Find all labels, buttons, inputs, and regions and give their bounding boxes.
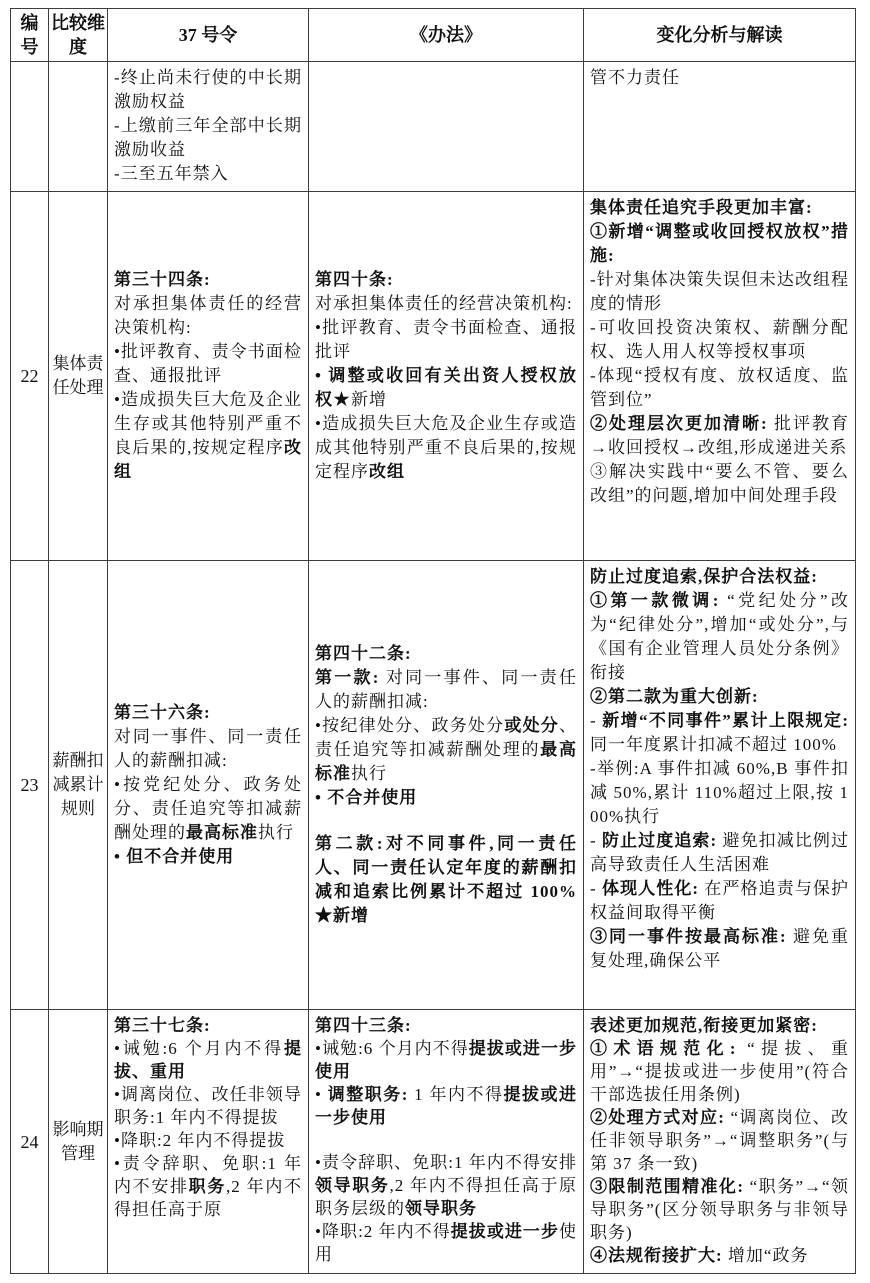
paragraph: -举例:A 事件扣减 60%,B 事件扣减 50%,累计 110%超过上限,按 … — [590, 757, 849, 829]
text-run: 防止过度追索: — [602, 831, 717, 850]
text-run: -举例:A 事件扣减 60%,B 事件扣减 50%,累计 110%超过上限,按 … — [590, 759, 849, 826]
cell-24-measures: 第四十三条:•诫勉:6 个月内不得提拔或进一步使用• 调整职务: 1 年内不得提… — [315, 1014, 577, 1264]
text-run: -针对集体决策失误但未达改组程度的情形 — [590, 270, 849, 313]
paragraph: 集体责任追究手段更加丰富: — [590, 196, 849, 220]
table-row-23: 23 薪酬扣减累计规则 第三十六条:对同一事件、同一责任人的薪酬扣减:•按党纪处… — [11, 561, 856, 1010]
text-run: •诫勉:6 个月内不得 — [114, 1039, 284, 1058]
paragraph: •责令辞职、免职:1 年内不安排职务,2 年内不得担任高于原 — [114, 1152, 302, 1221]
paragraph: •责令辞职、免职:1 年内不得安排领导职务,2 年内不得担任高于原职务层级的领导… — [315, 1151, 577, 1220]
header-cell-analysis: 变化分析与解读 — [584, 9, 856, 62]
text-run: 职务 — [189, 1177, 226, 1196]
text-run: 第四十三条: — [315, 1016, 412, 1035]
text-run: • 但不合并使用 — [114, 847, 234, 866]
text-run: - — [590, 831, 602, 850]
text-run: 领导职务 — [405, 1199, 477, 1218]
paragraph: ①术语规范化: “提拔、重用”→“提拔或进一步使用”(符合干部选拔任用条例) — [590, 1037, 849, 1106]
text-run: ①新增“调整或收回授权放权”措施: — [590, 222, 849, 265]
paragraph: •按纪律处分、政务处分或处分、责任追究等扣减薪酬处理的最高标准执行 — [315, 714, 577, 786]
text-run: ②第二款为重大创新: — [590, 687, 759, 706]
header-cell-dimension: 比较维度 — [49, 9, 108, 62]
paragraph: ③解决实践中“要么不管、要么改组”的问题,增加中间处理手段 — [590, 460, 849, 508]
paragraph — [315, 810, 577, 832]
paragraph: •诫勉:6 个月内不得提拔或进一步使用 — [315, 1037, 577, 1083]
text-run: 新增“不同事件”累计上限规定: — [602, 711, 849, 730]
cell-22-dimension: 集体责任处理 — [49, 192, 108, 561]
text-run: 对同一事件、同一责任人的薪酬扣减: — [114, 727, 302, 770]
paragraph: • 不合并使用 — [315, 786, 577, 810]
text-run: - — [590, 879, 602, 898]
text-run: ③解决实践中“要么不管、要么改组”的问题,增加中间处理手段 — [590, 462, 849, 505]
document-sheet: 编号 比较维度 37 号令 《办法》 变化分析与解读 -终止尚未行使的中长期激励… — [10, 8, 856, 1274]
text-run: •造成损失巨大危及企业生存或其他特别严重不良后果的,按规定程序 — [114, 390, 302, 457]
paragraph: •造成损失巨大危及企业生存或造成其他特别严重不良后果的,按规定程序改组 — [315, 412, 577, 484]
text-run: 对承担集体责任的经营决策机构: — [315, 294, 573, 313]
text-run: 对承担集体责任的经营决策机构: — [114, 294, 302, 337]
paragraph: ④法规衔接扩大: 增加“政务 — [590, 1244, 849, 1264]
text-run: 调整职务: — [328, 1085, 409, 1104]
text-run: 同一年度累计扣减不超过 100% — [590, 735, 837, 754]
text-run: 防止过度追索,保护合法权益: — [590, 567, 818, 586]
text-run: ③限制范围精准化: — [590, 1177, 744, 1196]
text-run: 提拔或进一步 — [451, 1222, 559, 1241]
paragraph: 对承担集体责任的经营决策机构: — [315, 292, 577, 316]
text-run: 集体责任追究手段更加丰富: — [590, 198, 813, 217]
text-run: ★新增 — [333, 390, 387, 409]
text-run: •批评教育、责令书面检查、通报批评 — [114, 342, 302, 385]
paragraph: 对同一事件、同一责任人的薪酬扣减: — [114, 725, 302, 773]
header-row: 编号 比较维度 37 号令 《办法》 变化分析与解读 — [11, 9, 856, 62]
paragraph: • 但不合并使用 — [114, 845, 302, 869]
paragraph: -可收回投资决策权、薪酬分配权、选人用人权等授权事项 — [590, 316, 849, 364]
paragraph: 第四十三条: — [315, 1014, 577, 1037]
text-run: 第四十二条: — [315, 644, 412, 663]
text-run: ②处理方式对应: — [590, 1108, 725, 1127]
cell-24-dimension: 影响期管理 — [49, 1010, 108, 1274]
paragraph: -三至五年禁入 — [114, 162, 302, 186]
text-run: -终止尚未行使的中长期激励权益 — [114, 68, 302, 111]
text-run: -上缴前三年全部中长期激励收益 — [114, 116, 302, 159]
paragraph: •诫勉:6 个月内不得提拔、重用 — [114, 1037, 302, 1083]
cell-22-number: 22 — [11, 192, 49, 561]
paragraph: ③限制范围精准化: “职务”→“领导职务”(区分领导职务与非领导职务) — [590, 1175, 849, 1244]
cell-24-analysis: 表述更加规范,衔接更加紧密:①术语规范化: “提拔、重用”→“提拔或进一步使用”… — [590, 1014, 849, 1264]
paragraph: •批评教育、责令书面检查、通报批评 — [315, 316, 577, 364]
text-run: ①第一款微调: — [590, 591, 719, 610]
paragraph: ②第二款为重大创新: — [590, 685, 849, 709]
paragraph: • 调整或收回有关出资人授权放权★新增 — [315, 364, 577, 412]
text-run: •按纪律处分、政务处分 — [315, 716, 504, 735]
text-run: 执行 — [258, 823, 294, 842]
text-run: • — [315, 366, 328, 385]
text-run: •责令辞职、免职:1 年内不得安排 — [315, 1153, 577, 1172]
paragraph: 第一款: 对同一事件、同一责任人的薪酬扣减: — [315, 666, 577, 714]
cell-22-measures: 第四十条:对承担集体责任的经营决策机构:•批评教育、责令书面检查、通报批评• 调… — [309, 192, 584, 561]
paragraph: 表述更加规范,衔接更加紧密: — [590, 1014, 849, 1037]
cell-23-number: 23 — [11, 561, 49, 1010]
text-run: •诫勉:6 个月内不得 — [315, 1039, 469, 1058]
text-run: • — [315, 1085, 328, 1104]
paragraph: 第三十六条: — [114, 701, 302, 725]
cell-24-number: 24 — [11, 1010, 49, 1274]
paragraph: ①新增“调整或收回授权放权”措施: — [590, 220, 849, 268]
text-run: • 不合并使用 — [315, 788, 417, 807]
text-run: 第三十六条: — [114, 703, 211, 722]
cell-cont-order37: -终止尚未行使的中长期激励权益-上缴前三年全部中长期激励收益-三至五年禁入 — [108, 62, 309, 192]
paragraph: - 体现人性化: 在严格追责与保护权益间取得平衡 — [590, 877, 849, 925]
text-run: •造成损失巨大危及企业生存或造成其他特别严重不良后果的,按规定程序 — [315, 414, 577, 481]
text-run: 1 年内不得 — [408, 1085, 503, 1104]
cell-23-measures: 第四十二条:第一款: 对同一事件、同一责任人的薪酬扣减:•按纪律处分、政务处分或… — [309, 561, 584, 1010]
cell-22-order37: 第三十四条:对承担集体责任的经营决策机构:•批评教育、责令书面检查、通报批评•造… — [108, 192, 309, 561]
paragraph: •降职:2 年内不得提拔 — [114, 1129, 302, 1152]
paragraph: •降职:2 年内不得提拔或进一步使用 — [315, 1220, 577, 1264]
text-run: - — [590, 711, 602, 730]
text-run: ④法规衔接扩大: — [590, 1246, 723, 1264]
paragraph: •按党纪处分、政务处分、责任追究等扣减薪酬处理的最高标准执行 — [114, 773, 302, 845]
text-run: 第三十四条: — [114, 270, 211, 289]
paragraph: 第三十七条: — [114, 1014, 302, 1037]
paragraph: ③同一事件按最高标准: 避免重复处理,确保公平 — [590, 925, 849, 973]
paragraph: 第四十条: — [315, 268, 577, 292]
table-row-24: 24 影响期管理 第三十七条:•诫勉:6 个月内不得提拔、重用•调离岗位、改任非… — [11, 1010, 856, 1274]
paragraph: 对承担集体责任的经营决策机构: — [114, 292, 302, 340]
cell-24-order37: 第三十七条:•诫勉:6 个月内不得提拔、重用•调离岗位、改任非领导职务:1 年内… — [114, 1014, 302, 1264]
text-run: 体现人性化: — [602, 879, 699, 898]
paragraph: •造成损失巨大危及企业生存或其他特别严重不良后果的,按规定程序改组 — [114, 388, 302, 484]
paragraph: ②处理层次更加清晰: 批评教育→收回授权→改组,形成递进关系 — [590, 412, 849, 460]
text-run: 增加“政务 — [723, 1246, 809, 1264]
cell-cont-analysis: 管不力责任 — [584, 62, 856, 192]
paragraph: - 新增“不同事件”累计上限规定: 同一年度累计扣减不超过 100% — [590, 709, 849, 757]
text-run: 领导职务 — [315, 1176, 389, 1195]
paragraph: ②处理方式对应: “调离岗位、改任非领导职务”→“调整职务”(与第 37 条一致… — [590, 1106, 849, 1175]
text-run: ②处理层次更加清晰: — [590, 414, 768, 433]
text-run: 执行 — [351, 764, 387, 783]
text-run: 最高标准 — [186, 823, 258, 842]
text-run: 管不力责任 — [590, 68, 680, 87]
paragraph: 管不力责任 — [590, 66, 849, 90]
header-cell-measures: 《办法》 — [309, 9, 584, 62]
text-run: •批评教育、责令书面检查、通报批评 — [315, 318, 577, 361]
text-run: •降职:2 年内不得提拔 — [114, 1131, 285, 1150]
text-run: 或处分 — [504, 716, 559, 735]
text-run: -体现“授权有度、放权适度、监管到位” — [590, 366, 849, 409]
header-cell-order37: 37 号令 — [108, 9, 309, 62]
cell-22-analysis: 集体责任追究手段更加丰富:①新增“调整或收回授权放权”措施:-针对集体决策失误但… — [584, 192, 856, 561]
paragraph: 第二款:对不同事件,同一责任人、同一责任认定年度的薪酬扣减和追索比例累计不超过 … — [315, 832, 577, 928]
text-run: 改组 — [369, 462, 405, 481]
paragraph: 第四十二条: — [315, 642, 577, 666]
text-run: ★新增 — [315, 906, 369, 925]
text-run: -可收回投资决策权、薪酬分配权、选人用人权等授权事项 — [590, 318, 849, 361]
paragraph: 防止过度追索,保护合法权益: — [590, 565, 849, 589]
text-run: 第二款:对不同事件,同一责任人、同一责任认定年度的薪酬扣减和追索比例累计不超过 … — [315, 834, 577, 901]
table-row-continuation: -终止尚未行使的中长期激励权益-上缴前三年全部中长期激励收益-三至五年禁入 管不… — [11, 62, 856, 192]
paragraph: -体现“授权有度、放权适度、监管到位” — [590, 364, 849, 412]
text-run: ①术语规范化: — [590, 1039, 737, 1058]
paragraph: •调离岗位、改任非领导职务:1 年内不得提拔 — [114, 1083, 302, 1129]
paragraph — [315, 1129, 577, 1151]
paragraph: 第三十四条: — [114, 268, 302, 292]
text-run: 第四十条: — [315, 270, 394, 289]
text-run: ③同一事件按最高标准: — [590, 927, 787, 946]
paragraph: • 调整职务: 1 年内不得提拔或进一步使用 — [315, 1083, 577, 1129]
text-run: -三至五年禁入 — [114, 164, 229, 183]
text-run: •降职:2 年内不得 — [315, 1222, 451, 1241]
text-run: 第三十七条: — [114, 1016, 211, 1035]
table-row-22: 22 集体责任处理 第三十四条:对承担集体责任的经营决策机构:•批评教育、责令书… — [11, 192, 856, 561]
cell-23-dimension: 薪酬扣减累计规则 — [49, 561, 108, 1010]
paragraph: -终止尚未行使的中长期激励权益 — [114, 66, 302, 114]
paragraph: ①第一款微调: “党纪处分”改为“纪律处分”,增加“或处分”,与《国有企业管理人… — [590, 589, 849, 685]
cell-cont-number — [11, 62, 49, 192]
cell-cont-dimension — [49, 62, 108, 192]
cell-23-analysis: 防止过度追索,保护合法权益:①第一款微调: “党纪处分”改为“纪律处分”,增加“… — [584, 561, 856, 1010]
text-run: 表述更加规范,衔接更加紧密: — [590, 1016, 818, 1035]
text-run: 第一款: — [315, 668, 379, 687]
comparison-table: 编号 比较维度 37 号令 《办法》 变化分析与解读 -终止尚未行使的中长期激励… — [10, 8, 856, 1274]
paragraph: -上缴前三年全部中长期激励收益 — [114, 114, 302, 162]
paragraph: -针对集体决策失误但未达改组程度的情形 — [590, 268, 849, 316]
page-root: { "page": { "background": "#ffffff", "te… — [0, 0, 870, 1283]
cell-cont-measures — [309, 62, 584, 192]
header-cell-number: 编号 — [11, 9, 49, 62]
cell-23-order37: 第三十六条:对同一事件、同一责任人的薪酬扣减:•按党纪处分、政务处分、责任追究等… — [108, 561, 309, 1010]
paragraph: - 防止过度追索: 避免扣减比例过高导致责任人生活困难 — [590, 829, 849, 877]
text-run: •调离岗位、改任非领导职务:1 年内不得提拔 — [114, 1085, 302, 1127]
paragraph: •批评教育、责令书面检查、通报批评 — [114, 340, 302, 388]
